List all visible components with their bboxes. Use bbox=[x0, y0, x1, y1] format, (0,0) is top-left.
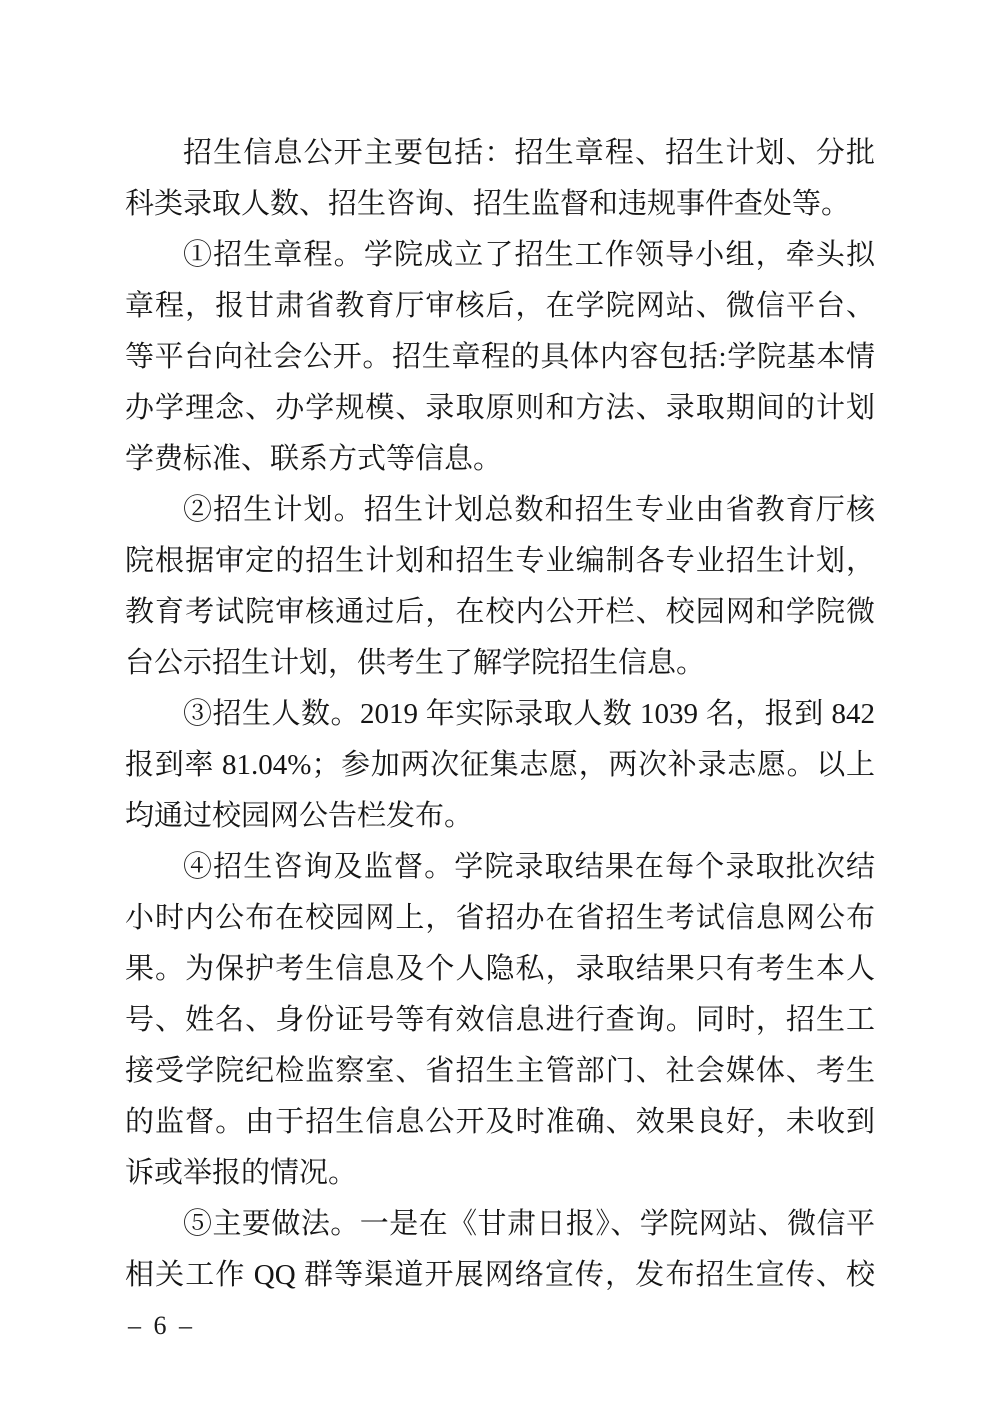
text-line: ④招生咨询及监督。学院录取结果在每个录取批次结束 24 bbox=[125, 842, 875, 893]
document-page: 招生信息公开主要包括：招生章程、招生计划、分批次、分 科类录取人数、招生咨询、招… bbox=[0, 0, 1000, 1414]
text-line: 章程，报甘肃省教育厅审核后，在学院网站、微信平台、公开栏 bbox=[125, 281, 875, 332]
text-line: 的监督。由于招生信息公开及时准确、效果良好，未收到有关投 bbox=[125, 1097, 875, 1148]
text-line: 均通过校园网公告栏发布。 bbox=[125, 791, 875, 842]
text-line: 号、姓名、身份证号等有效信息进行查询。同时，招生工作全程 bbox=[125, 995, 875, 1046]
text-line: 相关工作 QQ 群等渠道开展网络宣传，发布招生宣传、校企合作 bbox=[125, 1250, 875, 1301]
text-line: 果。为保护考生信息及个人隐私，录取结果只有考生本人凭考生 bbox=[125, 944, 875, 995]
text-line: 办学理念、办学规模、录取原则和方法、录取期间的计划调整、 bbox=[125, 383, 875, 434]
text-line: 科类录取人数、招生咨询、招生监督和违规事件查处等。 bbox=[125, 179, 875, 230]
text-line: ②招生计划。招生计划总数和招生专业由省教育厅核定。学 bbox=[125, 485, 875, 536]
text-line: 学费标准、联系方式等信息。 bbox=[125, 434, 875, 485]
text-line: 小时内公布在校园网上，省招办在省招生考试信息网公布录取结 bbox=[125, 893, 875, 944]
text-line: 诉或举报的情况。 bbox=[125, 1148, 875, 1199]
text-line: 院根据审定的招生计划和招生专业编制各专业招生计划，上报省 bbox=[125, 536, 875, 587]
text-line: 报到率 81.04%；参加两次征集志愿，两次补录志愿。以上信息 bbox=[125, 740, 875, 791]
text-line: 招生信息公开主要包括：招生章程、招生计划、分批次、分 bbox=[125, 128, 875, 179]
text-line: 接受学院纪检监察室、省招生主管部门、社会媒体、考生及家长 bbox=[125, 1046, 875, 1097]
text-line: ①招生章程。学院成立了招生工作领导小组，牵头拟定招生 bbox=[125, 230, 875, 281]
text-line: 台公示招生计划，供考生了解学院招生信息。 bbox=[125, 638, 875, 689]
text-line: ③招生人数。2019 年实际录取人数 1039 名，报到 842 名， bbox=[125, 689, 875, 740]
document-body: 招生信息公开主要包括：招生章程、招生计划、分批次、分 科类录取人数、招生咨询、招… bbox=[125, 128, 875, 1301]
text-line: 教育考试院审核通过后，在校内公开栏、校园网和学院微信等平 bbox=[125, 587, 875, 638]
text-line: 等平台向社会公开。招生章程的具体内容包括:学院基本情况、 bbox=[125, 332, 875, 383]
text-line: ⑤主要做法。一是在《甘肃日报》、学院网站、微信平台、 bbox=[125, 1199, 875, 1250]
page-number: – 6 – bbox=[128, 1310, 192, 1342]
